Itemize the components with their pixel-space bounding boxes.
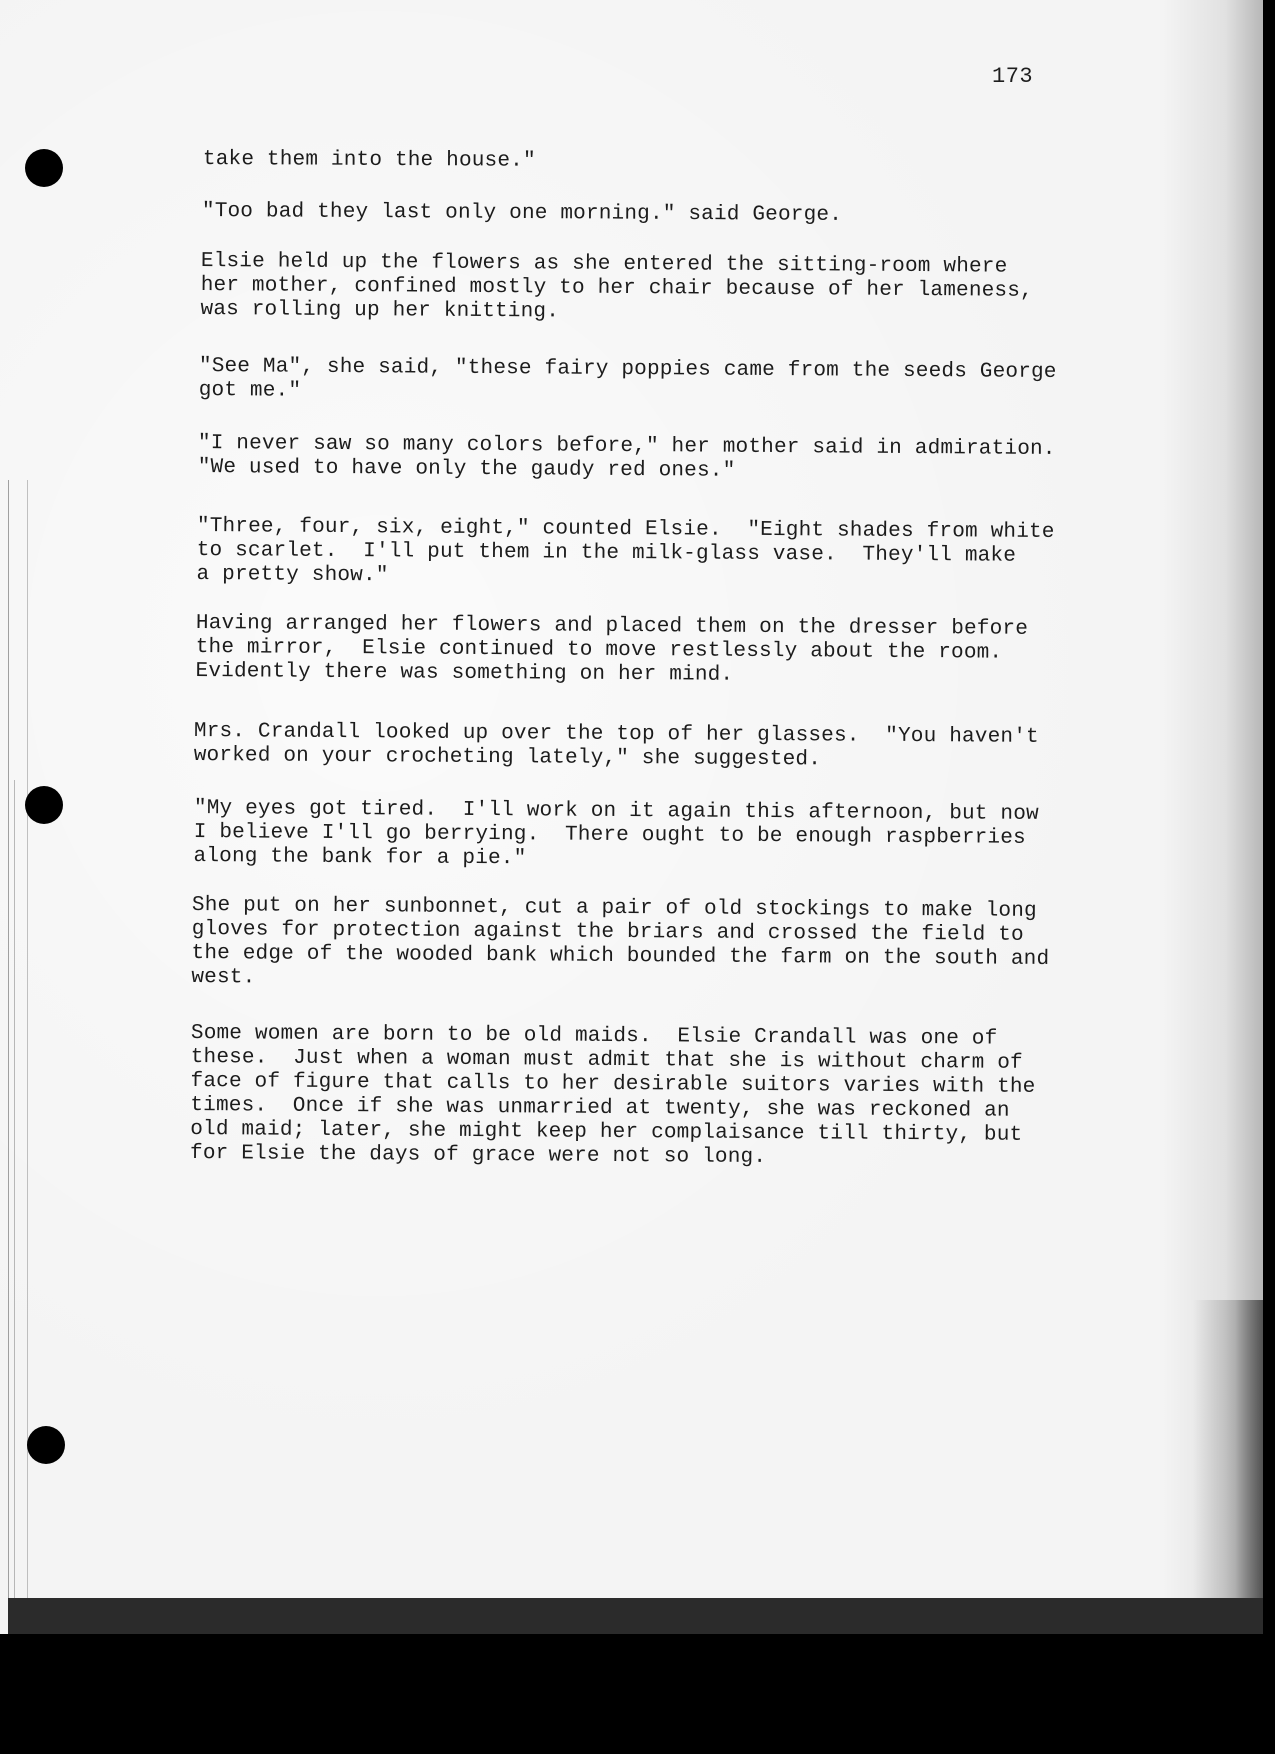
paragraph: Having arranged her flowers and placed t… (195, 612, 1028, 690)
page-number: 173 (992, 64, 1033, 89)
paragraph: She put on her sunbonnet, cut a pair of … (191, 894, 1049, 996)
punch-hole-middle (25, 786, 63, 824)
punch-hole-bottom (27, 1426, 65, 1464)
binding-edge-lines (8, 480, 28, 1598)
scanner-background (0, 1634, 1275, 1754)
text-line: "Too bad they last only one morning." sa… (202, 200, 842, 228)
scanned-page: 173 take them into the house.""Too bad t… (0, 0, 1263, 1634)
paragraph: "My eyes got tired. I'll work on it agai… (193, 797, 1038, 875)
paragraph: "Three, four, six, eight," counted Elsie… (196, 515, 1054, 593)
paragraph: "Too bad they last only one morning." sa… (202, 200, 842, 228)
paragraph: Mrs. Crandall looked up over the top of … (194, 720, 1039, 774)
text-line: take them into the house." (203, 148, 536, 174)
paragraph: Elsie held up the flowers as she entered… (200, 250, 1033, 328)
punch-hole-top (25, 149, 63, 187)
paragraph: "See Ma", she said, "these fairy poppies… (199, 355, 1057, 409)
paragraph: "I never saw so many colors before," her… (198, 432, 1056, 486)
page-bottom-shadow (8, 1598, 1263, 1634)
page-curl-shadow (1193, 1300, 1263, 1600)
paragraph: take them into the house." (203, 148, 536, 174)
paragraph: Some women are born to be old maids. Els… (190, 1022, 1036, 1172)
